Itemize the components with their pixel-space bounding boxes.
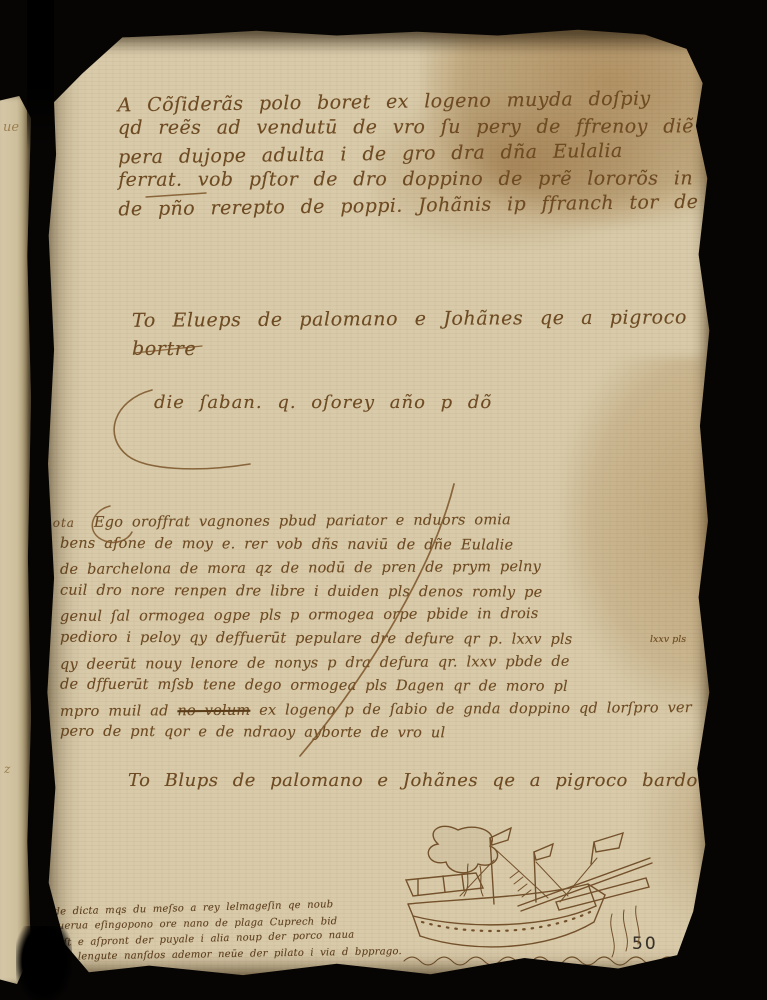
manuscript-photo: ue z A Cõſiderãs polo boret ex logeno mu… bbox=[0, 0, 767, 1000]
gutter-shadow-top bbox=[27, 0, 54, 150]
gutter-shadow-bottom bbox=[16, 926, 72, 1000]
previous-page-edge: ue z bbox=[0, 96, 31, 984]
edge-text-fragment: ue bbox=[3, 120, 19, 135]
page-edge-shading bbox=[42, 26, 712, 978]
edge-text-fragment: z bbox=[4, 762, 10, 776]
manuscript-page: A Cõſiderãs polo boret ex logeno muyda d… bbox=[42, 26, 712, 978]
